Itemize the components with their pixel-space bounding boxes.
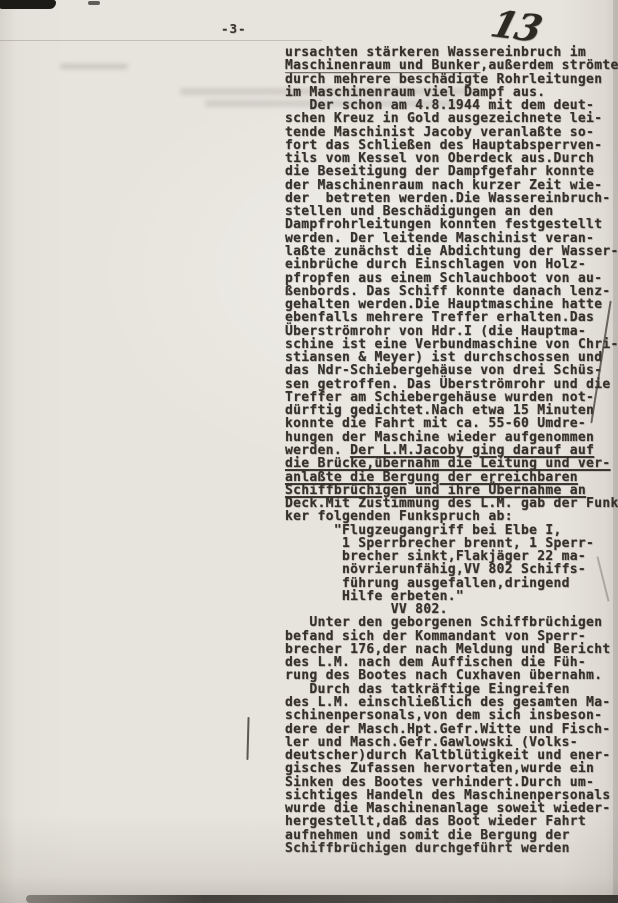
text-line: ker folgenden Funkspruch ab: [285, 510, 618, 523]
pen-margin-mark [246, 717, 249, 760]
text-line: növrierunfähig,VV 802 Schiffs- [285, 563, 618, 576]
text-line: Maschinenraum und Bunker,außerdem strömt… [285, 59, 618, 72]
typewritten-text: ursachten stärkeren Wassereinbruch imMas… [285, 46, 618, 855]
scan-artifact-top-left [0, 0, 56, 9]
text-line: der Maschinenraum nach kurzer Zeit wie- [285, 179, 618, 192]
text-line: einbrüche durch Einschlagen von Holz- [285, 258, 618, 271]
text-line: Schiffbrüchigen durchgeführt werden [285, 842, 618, 855]
text-line: werden. Der leitende Maschinist veran- [285, 232, 618, 245]
text-line: Überströmrohr von Hdr.I (die Hauptma- [285, 325, 618, 338]
paper-crease [0, 40, 322, 41]
text-line: Hilfe erbeten." [285, 590, 618, 603]
text-line: das Ndr-Schiebergehäuse von drei Schüs- [285, 364, 618, 377]
text-line: schinenpersonals,von dem sich insbeson- [285, 709, 618, 722]
text-line: rung des Bootes nach Cuxhaven übernahm. [285, 669, 618, 682]
text-line: befand sich der Kommandant von Sperr- [285, 630, 618, 643]
text-line: Sinken des Bootes verhindert.Durch um- [285, 776, 618, 789]
text-line: schen Kreuz in Gold ausgezeichnete lei- [285, 112, 618, 125]
text-line: aufnehmen und somit die Bergung der [285, 829, 618, 842]
text-line: Deck.Mit Zustimmung des L.M. gab der Fun… [285, 497, 618, 510]
text-line: anlaßte die Bergung der erreichbaren [285, 471, 618, 484]
text-line: des L.M. nach dem Auffischen die Füh- [285, 656, 618, 669]
scan-artifact-bottom-strip [26, 895, 618, 903]
text-line: sen getroffen. Das Überströmrohr und die [285, 378, 618, 391]
text-line: hungen der Maschine wieder aufgenommen [285, 431, 618, 444]
text-line: pfropfen aus einem Schlauchboot von au- [285, 272, 618, 285]
text-line: durch mehrere beschädigte Rohrleitungen [285, 73, 618, 86]
text-line: die Brücke,übernahm die Leitung und ver- [285, 457, 618, 470]
handwritten-page-number: 13 [486, 2, 545, 51]
text-line: ebenfalls mehrere Treffer erhalten.Das [285, 311, 618, 324]
text-line: "Flugzeugangriff bei Elbe I, [285, 524, 618, 537]
text-line: hergestellt,daß das Boot wieder Fahrt [285, 815, 618, 828]
scan-artifact-top-speck [88, 1, 100, 5]
page-number: -3- [221, 21, 247, 36]
text-line: gisches Zufassen hervortaten,wurde ein [285, 762, 618, 775]
text-line: führung ausgefallen,dringend [285, 577, 618, 590]
text-line: dere der Masch.Hpt.Gefr.Witte und Fisch- [285, 723, 618, 736]
text-line: Dampfrohrleitungen konnten festgestellt [285, 218, 618, 231]
text-line: tende Maschinist Jacoby veranlaßte so- [285, 126, 618, 139]
text-line: konnte die Fahrt mit ca. 55-60 Umdre- [285, 417, 618, 430]
document-page: -3- 13 ursachten stärkeren Wassereinbruc… [0, 0, 618, 903]
bleed-through-smudge [60, 64, 128, 69]
text-line: gehalten werden.Die Hauptmaschine hatte [285, 298, 618, 311]
text-line: Unter den geborgenen Schiffbrüchigen [285, 616, 618, 629]
text-line: die Beseitigung der Dampfgefahr konnte [285, 165, 618, 178]
